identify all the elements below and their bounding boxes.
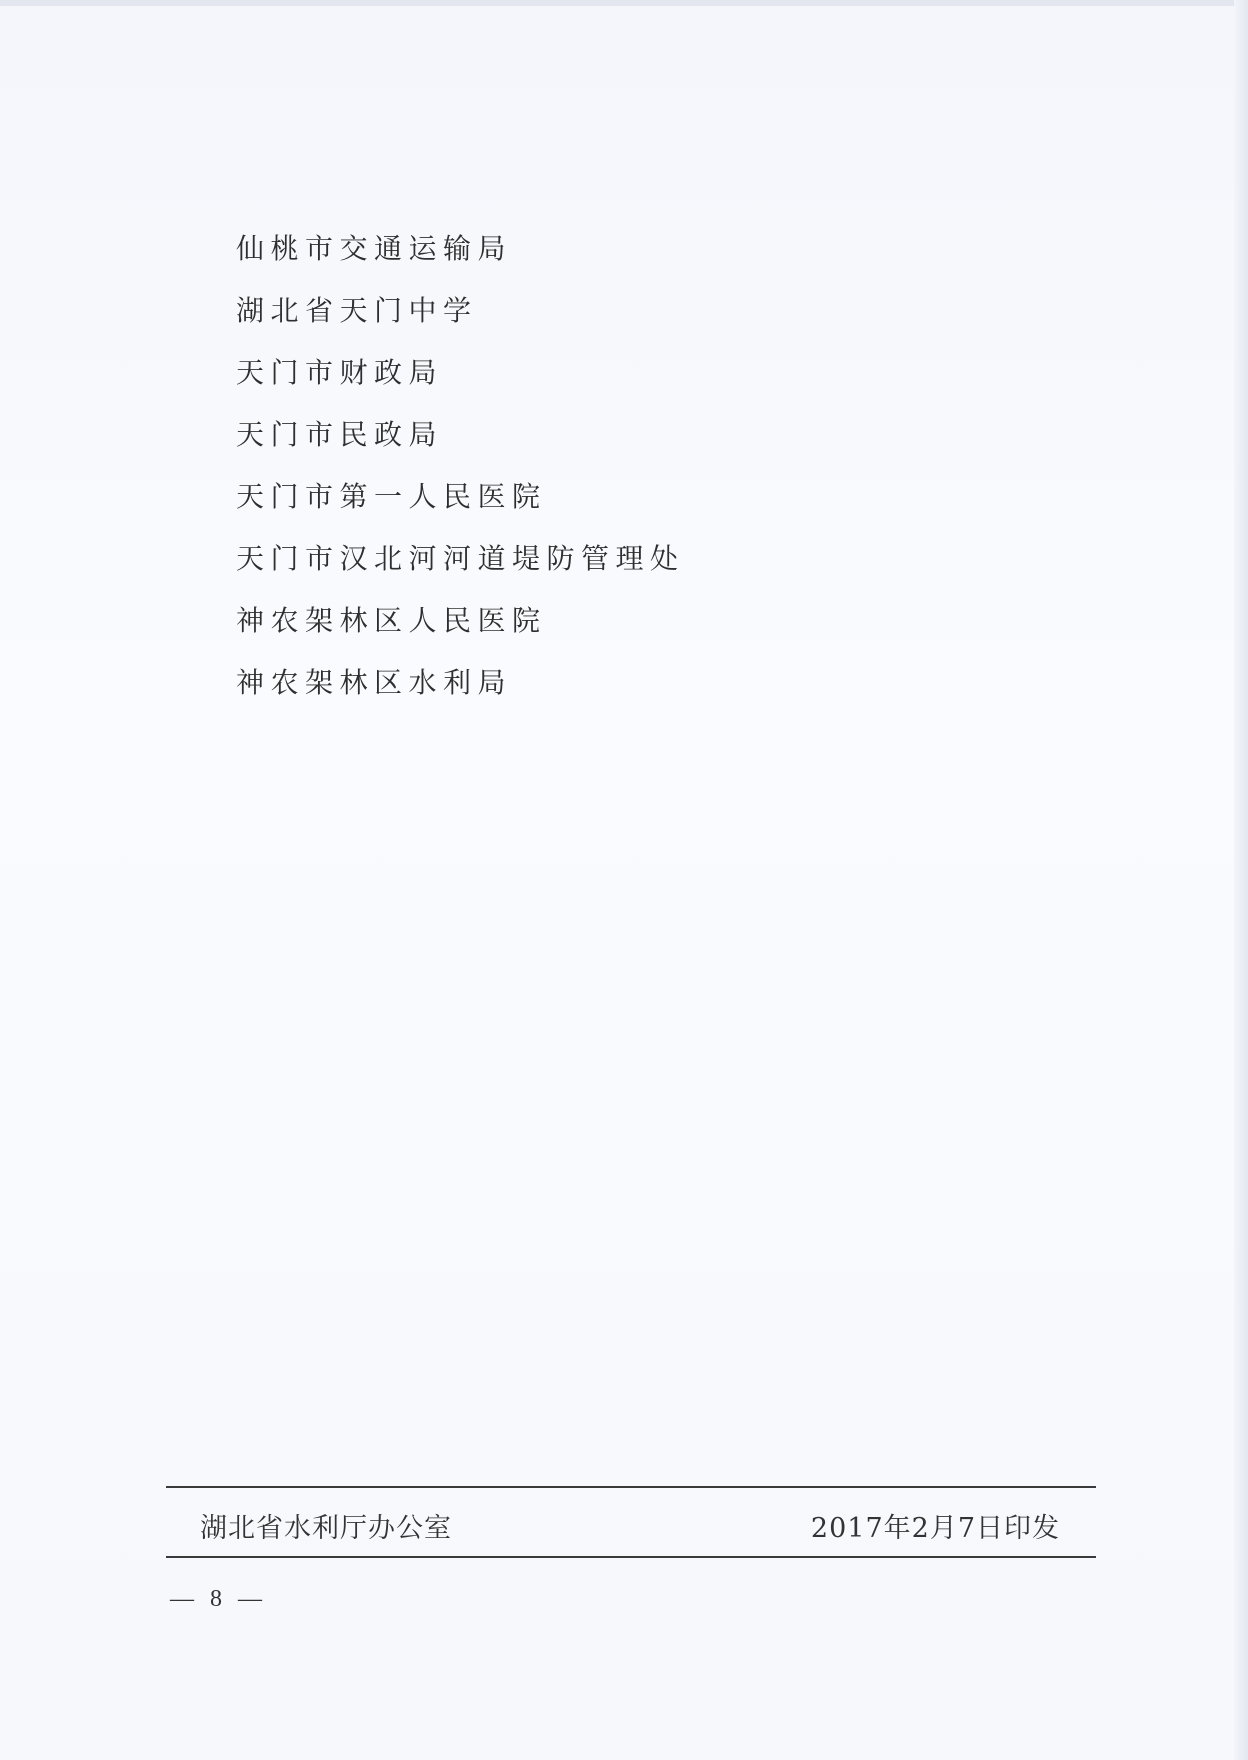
recipient-item: 天门市财政局	[236, 342, 685, 404]
recipient-item: 天门市民政局	[236, 404, 685, 466]
recipient-item: 湖北省天门中学	[236, 280, 685, 342]
footer-rule-bottom	[166, 1556, 1096, 1558]
recipient-item: 仙桃市交通运输局	[236, 218, 685, 280]
recipient-item: 天门市第一人民医院	[236, 466, 685, 528]
scan-top-edge	[0, 0, 1248, 6]
recipient-item: 神农架林区人民医院	[236, 590, 685, 652]
recipient-item: 神农架林区水利局	[236, 652, 685, 714]
document-page: 仙桃市交通运输局 湖北省天门中学 天门市财政局 天门市民政局 天门市第一人民医院…	[0, 0, 1248, 1760]
scan-right-edge	[1234, 0, 1248, 1760]
footer-rule-top	[166, 1486, 1096, 1488]
recipient-item: 天门市汉北河河道堤防管理处	[236, 528, 685, 590]
recipient-list: 仙桃市交通运输局 湖北省天门中学 天门市财政局 天门市民政局 天门市第一人民医院…	[236, 218, 685, 714]
issue-date: 2017年2月7日印发	[811, 1506, 1060, 1545]
page-number: — 8 —	[170, 1586, 262, 1613]
issuer-name: 湖北省水利厅办公室	[200, 1506, 452, 1545]
